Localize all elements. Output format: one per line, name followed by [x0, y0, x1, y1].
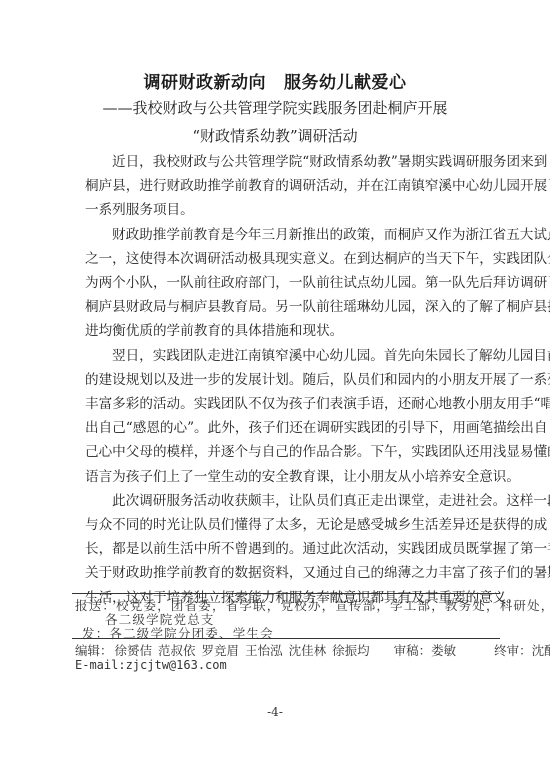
credits-line: 编辑：徐赟佶范叔依罗竞眉王怡泓沈佳林徐振均审稿：娄敏终审：沈醒	[75, 641, 500, 659]
divider-top	[72, 593, 500, 594]
editor-name: 徐赟佶	[115, 641, 153, 659]
article-body: 近日，我校财政与公共管理学院“财政情系幼教”暑期实践调研服务团来到 桐庐县，进行…	[85, 150, 475, 610]
text-line: 财政助推学前教育是今年三月新推出的政策，而桐庐又作为浙江省五大试点	[85, 223, 475, 247]
paragraph: 翌日，实践团队走进江南镇窄溪中心幼儿园。首先向朱园长了解幼儿园目前 的建设规划以…	[85, 344, 475, 489]
review-label: 审稿：	[394, 641, 432, 659]
article-title: 调研财政新动向服务幼儿献爱心	[0, 68, 550, 93]
text-line: 一系列服务项目。	[85, 198, 475, 222]
divider-bottom	[72, 638, 500, 639]
final-review-label: 终审：	[494, 641, 532, 659]
text-line: 翌日，实践团队走进江南镇窄溪中心幼儿园。首先向朱园长了解幼儿园目前	[85, 344, 475, 368]
paragraph: 财政助推学前教育是今年三月新推出的政策，而桐庐又作为浙江省五大试点 之一，这使得…	[85, 223, 475, 344]
text-line: 桐庐县财政局与桐庐县教育局。另一队前往瑶琳幼儿园，深入的了解了桐庐县推	[85, 295, 475, 319]
title-part-1: 调研财政新动向	[144, 73, 267, 93]
paragraph: 此次调研服务活动收获颇丰，让队员们真正走出课堂，走进社会。这样一段 与众不同的时…	[85, 489, 475, 610]
text-line: 之一，这使得本次调研活动极具现实意义。在到达桐庐的当天下午，实践团队分	[85, 247, 475, 271]
page-number: -4-	[0, 705, 550, 719]
title-part-2: 服务幼儿献爱心	[284, 73, 407, 93]
text-line: 与众不同的时光让队员们懂得了太多，无论是感受城乡生活差异还是获得的成	[85, 513, 475, 537]
reviewer-name: 娄敏	[431, 641, 456, 659]
subtitle-line-2: “财政情系幼教”调研活动	[0, 125, 550, 146]
subtitle-line-1: ——我校财政与公共管理学院实践服务团赴桐庐开展	[0, 97, 550, 118]
text-line: 进均衡优质的学前教育的具体措施和现状。	[85, 319, 475, 343]
text-line: 为两个小队，一队前往政府部门，一队前往试点幼儿园。第一队先后拜访调研了	[85, 271, 475, 295]
text-line: 近日，我校财政与公共管理学院“财政情系幼教”暑期实践调研服务团来到	[85, 150, 475, 174]
paragraph: 近日，我校财政与公共管理学院“财政情系幼教”暑期实践调研服务团来到 桐庐县，进行…	[85, 150, 475, 223]
editor-name: 王怡泓	[245, 641, 283, 659]
send-to-line: 发：各二级学院分团委、学生会	[82, 624, 274, 642]
editor-name: 徐振均	[332, 641, 370, 659]
text-line: 的建设规划以及进一步的发展计划。随后，队员们和园内的小朋友开展了一系列	[85, 368, 475, 392]
editors-label: 编辑：	[75, 641, 113, 659]
editor-name: 罗竞眉	[202, 641, 240, 659]
text-line: 丰富多彩的活动。实践团队不仅为孩子们表演手语，还耐心地教小朋友用手“唱”	[85, 392, 475, 416]
editor-name: 沈佳林	[289, 641, 327, 659]
text-line: 出自己“感恩的心”。此外，孩子们还在调研实践团的引导下，用画笔描绘出自	[85, 416, 475, 440]
text-line: 语言为孩子们上了一堂生动的安全教育课，让小朋友从小培养安全意识。	[85, 465, 475, 489]
text-line: 长，都是以前生活中所不曾遇到的。通过此次活动，实践团成员既掌握了第一手	[85, 537, 475, 561]
text-line: 己心中父母的模样，并逐个与自己的作品合影。下午，实践团队还用浅显易懂的	[85, 440, 475, 464]
final-reviewer-name: 沈醒	[532, 641, 550, 659]
text-line: 桐庐县，进行财政助推学前教育的调研活动，并在江南镇窄溪中心幼儿园开展了	[85, 174, 475, 198]
text-line: 关于财政助推学前教育的数据资料，又通过自己的绵薄之力丰富了孩子们的暑期	[85, 561, 475, 585]
text-line: 此次调研服务活动收获颇丰，让队员们真正走出课堂，走进社会。这样一段	[85, 489, 475, 513]
contact-email: E-mail:zjcjtw@163.com	[75, 658, 227, 672]
editor-name: 范叔依	[158, 641, 196, 659]
